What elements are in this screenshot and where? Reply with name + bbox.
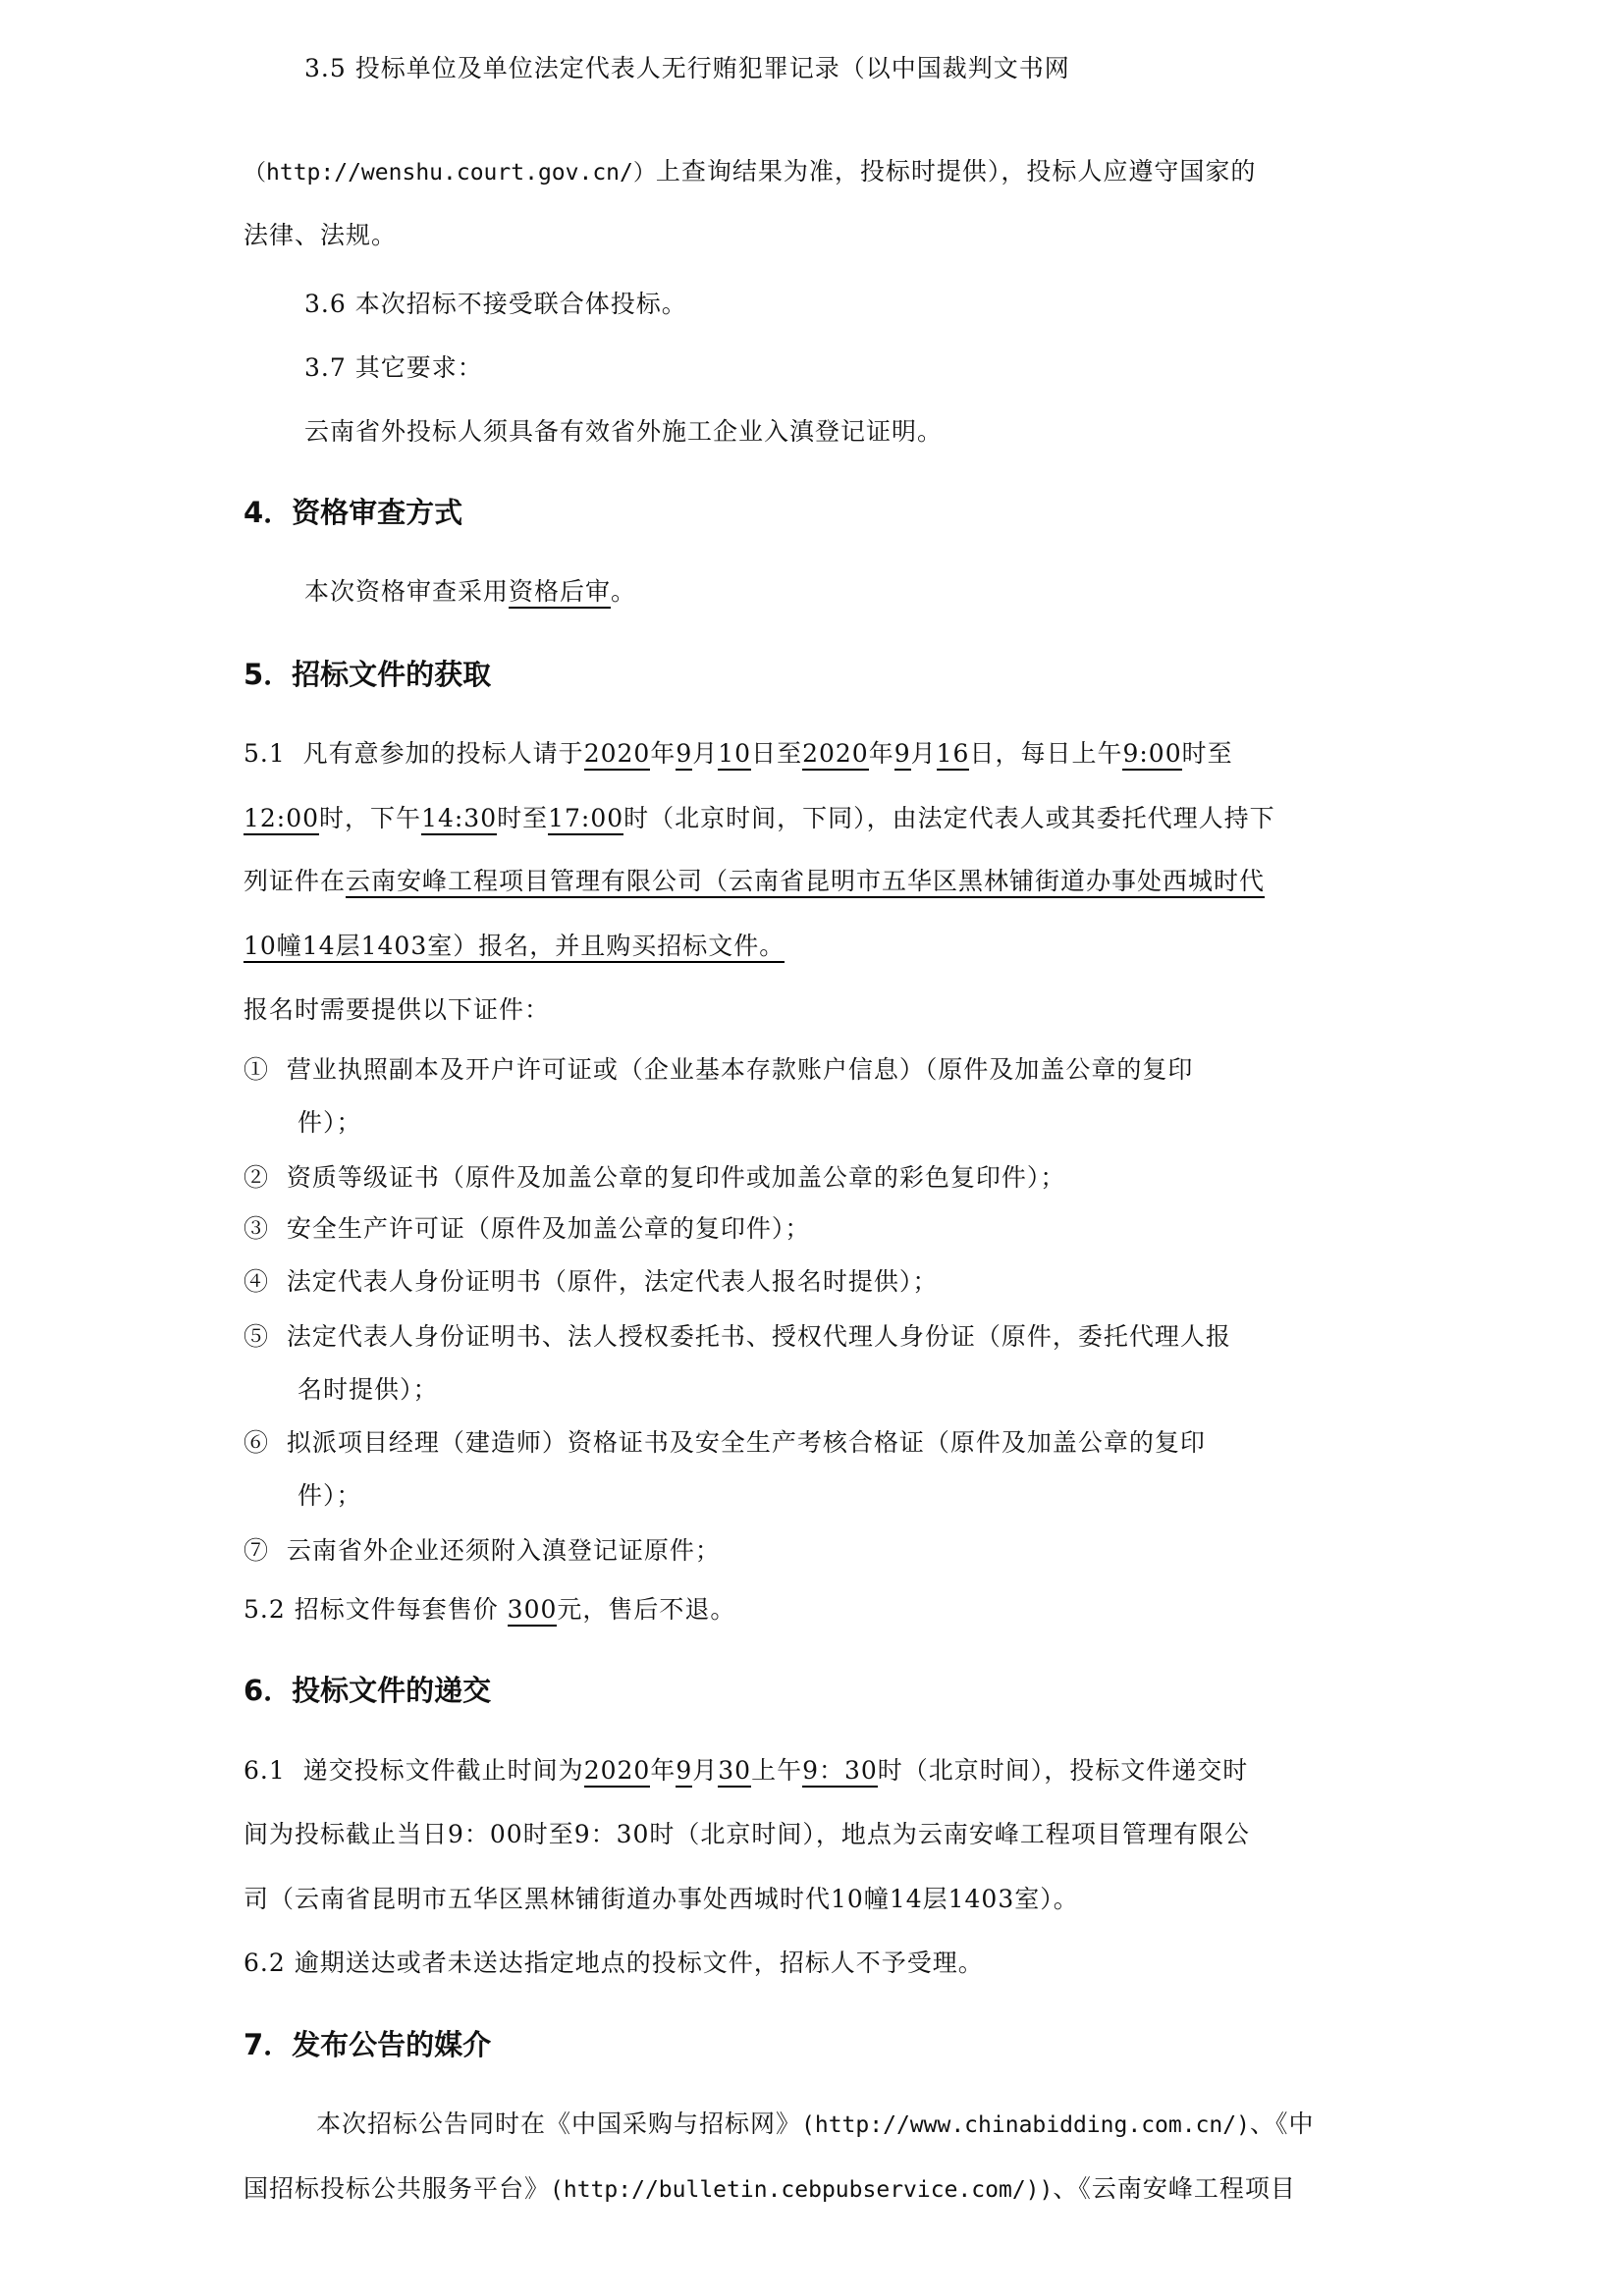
t: 本次招标公告同时在《中国采购与招标网》 [316,2109,801,2138]
t: 日至 [751,739,802,768]
date-month: 9 [676,1756,692,1788]
time: 14:30 [421,804,497,835]
section-7-line2: 国招标投标公共服务平台》(http://bulletin.cebpubservi… [244,2173,1296,2206]
item-3-6: 3.6 本次招标不接受联合体投标。 [304,289,687,320]
doc-item-5-cont: 名时提供）； [298,1374,439,1406]
t: 时（北京时间，下同），由法定代表人或其委托代理人持下 [623,804,1275,832]
t: 年 [869,739,894,768]
t: 国招标投标公共服务平台》 [244,2174,550,2203]
item-6-1-line1: 6.1 递交投标文件截止时间为2020年9月30上午9：30时（北京时间），投标… [244,1755,1248,1787]
t: 年 [650,739,676,768]
section-4-text: 本次资格审查采用资格后审。 [304,576,636,608]
item-3-5-line2: （http://wenshu.court.gov.cn/）上查询结果为准，投标时… [244,156,1256,188]
court-url: （http://wenshu.court.gov.cn/） [244,160,656,186]
doc-num: ① [244,1055,269,1084]
date-year: 2020 [584,1756,651,1788]
date-day: 30 [718,1756,751,1788]
t: 递交投标文件截止时间为 [303,1756,584,1785]
t: 元，售后不退。 [557,1595,735,1624]
item-5-1-label: 5.1 [244,739,286,768]
item-6-2: 6.2 逾期送达或者未送达指定地点的投标文件，招标人不予受理。 [244,1948,984,1979]
item-5-1-line4: 10幢14层1403室）报名，并且购买招标文件。 [244,931,785,962]
doc-text: 安全生产许可证（原件及加盖公章的复印件）； [287,1214,811,1243]
doc-text: 法定代表人身份证明书（原件，法定代表人报名时提供）； [287,1267,939,1296]
t: 列证件在 [244,867,346,895]
company-address-cont: 10幢14层1403室）报名，并且购买招标文件。 [244,932,785,963]
date-month: 9 [894,739,911,771]
doc-text: 资质等级证书（原件及加盖公章的复印件或加盖公章的彩色复印件）； [287,1163,1066,1192]
date-month: 9 [676,739,692,771]
chinabidding-url: (http://www.chinabidding.com.cn/) [801,2112,1250,2138]
company-address: 云南安峰工程项目管理有限公司（云南省昆明市五华区黑林铺街道办事处西城时代 [346,867,1265,898]
doc-item-7: ⑦ 云南省外企业还须附入滇登记证原件； [244,1535,721,1567]
item-3-5-line3: 法律、法规。 [244,220,397,251]
t: 、《云南安峰工程项目 [1053,2174,1296,2203]
doc-item-6-cont: 件）； [298,1480,362,1512]
s4-suffix: 。 [611,577,636,606]
date-day: 10 [718,739,751,771]
doc-item-1: ① 营业执照副本及开户许可证或（企业基本存款账户信息）（原件及加盖公章的复印 [244,1054,1193,1086]
section-5-heading: 5．招标文件的获取 [244,657,491,692]
item-3-5-line1: 3.5 投标单位及单位法定代表人无行贿犯罪记录（以中国裁判文书网 [304,53,1070,84]
time: 12:00 [244,804,319,835]
doc-item-4: ④ 法定代表人身份证明书（原件，法定代表人报名时提供）； [244,1266,938,1298]
doc-item-5: ⑤ 法定代表人身份证明书、法人授权委托书、授权代理人身份证（原件，委托代理人报 [244,1321,1231,1353]
doc-num: ⑥ [244,1428,269,1457]
s4-method: 资格后审 [509,577,611,609]
doc-item-6: ⑥ 拟派项目经理（建造师）资格证书及安全生产考核合格证（原件及加盖公章的复印 [244,1427,1206,1459]
section-6-heading: 6．投标文件的递交 [244,1673,491,1708]
doc-num: ⑤ [244,1322,269,1351]
date-year: 2020 [584,739,651,771]
doc-num: ⑦ [244,1536,269,1565]
item-6-1-label: 6.1 [244,1756,286,1785]
doc-item-3: ③ 安全生产许可证（原件及加盖公章的复印件）； [244,1213,810,1245]
date-day: 16 [937,739,970,771]
doc-num: ④ [244,1267,269,1296]
s4-prefix: 本次资格审查采用 [304,577,509,606]
price: 300 [508,1595,558,1627]
doc-text: 法定代表人身份证明书、法人授权委托书、授权代理人身份证（原件，委托代理人报 [287,1322,1231,1351]
t: 凡有意参加的投标人请于 [303,739,584,768]
t: 上午 [751,1756,802,1785]
t: 5.2 招标文件每套售价 [244,1595,499,1624]
t: 、《中 [1250,2109,1315,2138]
doc-text: 营业执照副本及开户许可证或（企业基本存款账户信息）（原件及加盖公章的复印 [287,1055,1194,1084]
t: 月 [692,1756,718,1785]
date-year: 2020 [802,739,869,771]
item-5-2: 5.2 招标文件每套售价 300元，售后不退。 [244,1594,735,1626]
doc-num: ② [244,1163,269,1192]
section-4-heading: 4．资格审查方式 [244,495,462,530]
t: 月 [692,739,718,768]
t: 日，每日上午 [969,739,1122,768]
item-6-1-line2: 间为投标截止当日9：00时至9：30时（北京时间），地点为云南安峰工程项目管理有… [244,1819,1250,1850]
t: 时至 [497,804,548,832]
item-5-1-line3: 列证件在云南安峰工程项目管理有限公司（云南省昆明市五华区黑林铺街道办事处西城时代 [244,866,1265,897]
doc-text: 云南省外企业还须附入滇登记证原件； [287,1536,721,1565]
cebpubservice-url: (http://bulletin.cebpubservice.com/)) [550,2177,1053,2203]
t: 时（北京时间），投标文件递交时 [878,1756,1249,1785]
doc-item-1-cont: 件）； [298,1107,362,1139]
item-5-1-line2: 12:00时，下午14:30时至17:00时（北京时间，下同），由法定代表人或其… [244,803,1275,834]
docs-intro: 报名时需要提供以下证件： [244,994,550,1026]
item-3-7: 3.7 其它要求： [304,352,483,384]
doc-num: ③ [244,1214,269,1243]
t: 时，下午 [319,804,421,832]
time: 17:00 [548,804,623,835]
section-7-line1: 本次招标公告同时在《中国采购与招标网》(http://www.chinabidd… [316,2109,1315,2141]
t: 时至 [1182,739,1233,768]
item-3-5-line2-rest: 上查询结果为准，投标时提供），投标人应遵守国家的 [656,157,1257,186]
doc-item-2: ② 资质等级证书（原件及加盖公章的复印件或加盖公章的彩色复印件）； [244,1162,1065,1194]
t: 年 [650,1756,676,1785]
item-5-1-line1: 5.1 凡有意参加的投标人请于2020年9月10日至2020年9月16日，每日上… [244,738,1233,770]
time-start: 9:00 [1122,739,1181,771]
doc-text: 拟派项目经理（建造师）资格证书及安全生产考核合格证（原件及加盖公章的复印 [287,1428,1206,1457]
section-7-heading: 7．发布公告的媒介 [244,2027,491,2062]
item-3-7-detail: 云南省外投标人须具备有效省外施工企业入滇登记证明。 [304,416,943,448]
deadline-time: 9：30 [802,1756,878,1788]
t: 月 [911,739,937,768]
item-6-1-line3: 司（云南省昆明市五华区黑林铺街道办事处西城时代10幢14层1403室）。 [244,1884,1079,1915]
